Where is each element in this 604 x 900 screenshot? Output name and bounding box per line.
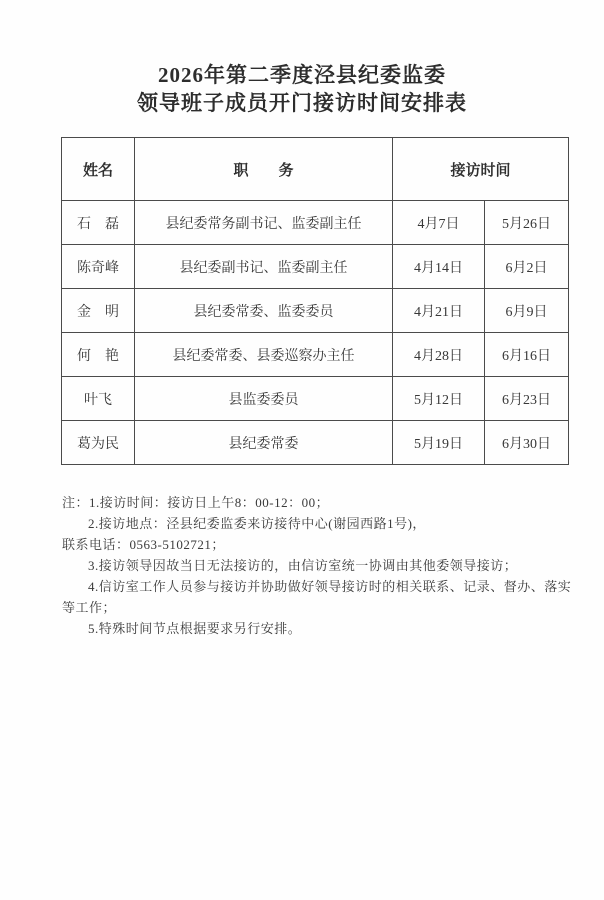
cell-time1: 4月28日 [393,333,485,377]
cell-time1: 4月21日 [393,289,485,333]
table-row: 石 磊 县纪委常务副书记、监委副主任 4月7日 5月26日 [62,201,569,245]
cell-position: 县纪委常委、监委委员 [135,289,393,333]
cell-time1: 5月12日 [393,377,485,421]
cell-time2: 6月2日 [485,245,569,289]
table-row: 葛为民 县纪委常委 5月19日 6月30日 [62,421,569,465]
cell-time2: 6月30日 [485,421,569,465]
cell-time1: 4月14日 [393,245,485,289]
cell-name: 石 磊 [62,201,135,245]
page-title: 2026年第二季度泾县纪委监委 领导班子成员开门接访时间安排表 [0,0,604,117]
table-row: 陈奇峰 县纪委副书记、监委副主任 4月14日 6月2日 [62,245,569,289]
cell-name: 金 明 [62,289,135,333]
note-line-5: 5.特殊时间节点根据要求另行安排。 [62,618,594,639]
table-header-row: 姓名 职 务 接访时间 [62,138,569,201]
note-line-2-continued: 联系电话：0563-5102721； [62,534,594,555]
cell-name: 何 艳 [62,333,135,377]
cell-name: 叶飞 [62,377,135,421]
note-line-4-continued: 等工作； [62,597,594,618]
cell-time2: 5月26日 [485,201,569,245]
note-line-4: 4.信访室工作人员参与接访并协助做好领导接访时的相关联系、记录、督办、落实 [62,576,594,597]
cell-position: 县纪委常委 [135,421,393,465]
reception-schedule-table: 姓名 职 务 接访时间 石 磊 县纪委常务副书记、监委副主任 4月7日 5月26… [61,137,569,465]
document-page: 2026年第二季度泾县纪委监委 领导班子成员开门接访时间安排表 姓名 职 务 接… [0,0,604,900]
cell-position: 县纪委副书记、监委副主任 [135,245,393,289]
page-title-line2: 领导班子成员开门接访时间安排表 [137,91,467,115]
cell-name: 葛为民 [62,421,135,465]
cell-time2: 6月16日 [485,333,569,377]
cell-position: 县纪委常务副书记、监委副主任 [135,201,393,245]
note-line-1: 注：1.接访时间：接访日上午8：00-12：00； [62,492,594,513]
cell-time2: 6月9日 [485,289,569,333]
cell-time2: 6月23日 [485,377,569,421]
cell-position: 县监委委员 [135,377,393,421]
page-title-line1: 2026年第二季度泾县纪委监委 [158,63,446,87]
col-header-position: 职 务 [135,138,393,201]
col-header-name: 姓名 [62,138,135,201]
table-row: 何 艳 县纪委常委、县委巡察办主任 4月28日 6月16日 [62,333,569,377]
col-header-reception-time: 接访时间 [393,138,569,201]
cell-time1: 5月19日 [393,421,485,465]
cell-name: 陈奇峰 [62,245,135,289]
cell-time1: 4月7日 [393,201,485,245]
table-row: 金 明 县纪委常委、监委委员 4月21日 6月9日 [62,289,569,333]
note-line-3: 3.接访领导因故当日无法接访的，由信访室统一协调由其他委领导接访； [62,555,594,576]
note-line-2: 2.接访地点：泾县纪委监委来访接待中心(谢园西路1号)， [62,513,594,534]
table-row: 叶飞 县监委委员 5月12日 6月23日 [62,377,569,421]
cell-position: 县纪委常委、县委巡察办主任 [135,333,393,377]
notes-block: 注：1.接访时间：接访日上午8：00-12：00； 2.接访地点：泾县纪委监委来… [62,492,594,639]
